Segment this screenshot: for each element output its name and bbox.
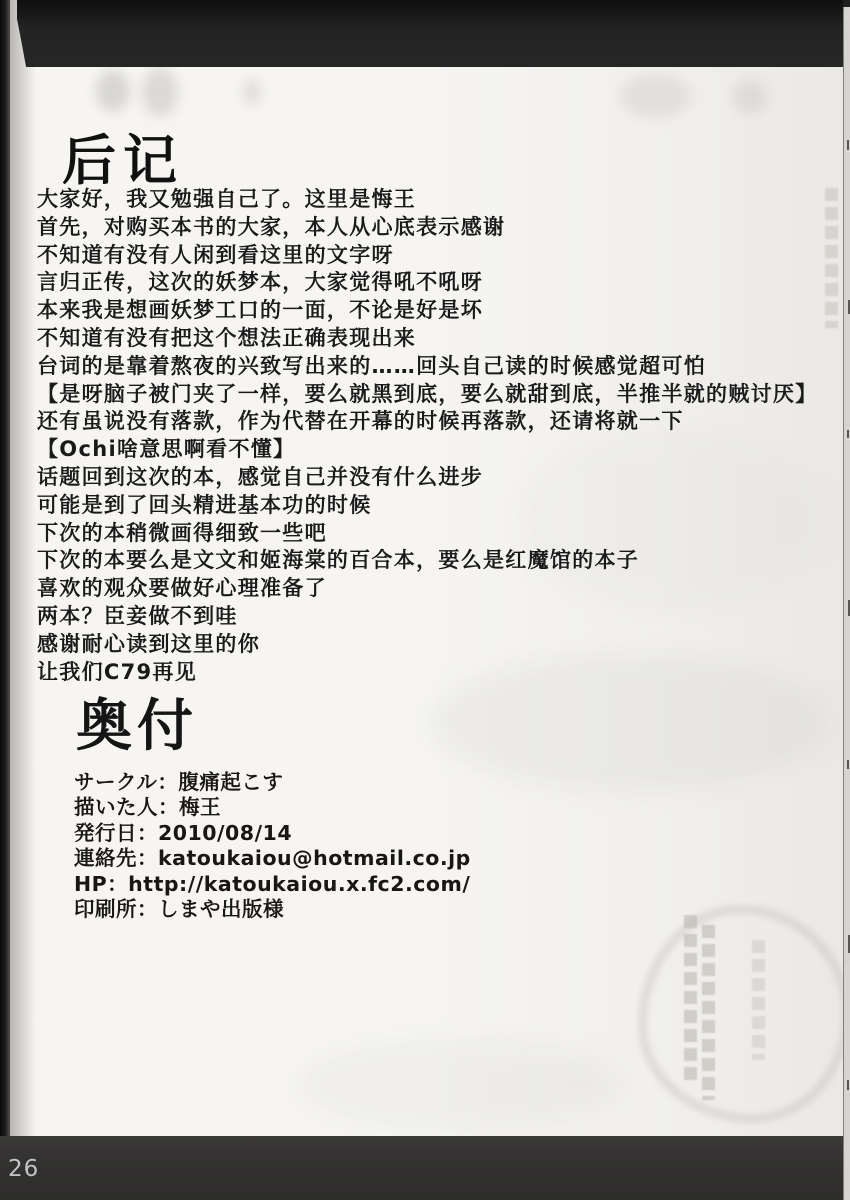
colophon-entry-printer: 印刷所：しまや出版様 <box>74 897 471 922</box>
afterword-line: 台词的是靠着熬夜的兴致写出来的……回头自己读的时候感觉超可怕 <box>37 353 837 381</box>
afterword-line: 本来我是想画妖梦工口的一面，不论是好是坏 <box>37 297 837 325</box>
afterword-line: 喜欢的观众要做好心理准备了 <box>37 575 837 603</box>
colophon-title: 奥付 <box>76 682 198 762</box>
colophon-entry-publish-date: 発行日：2010/08/14 <box>74 821 471 846</box>
scanned-page: 后记 大家好，我又勉强自己了。这里是悔王 首先，对购买本书的大家，本人从心底表示… <box>0 0 850 1200</box>
bleedthrough-artifact <box>620 74 690 118</box>
bleedthrough-artifact <box>300 1040 620 1130</box>
scan-speck <box>847 140 849 150</box>
bleedthrough-artifact <box>96 70 130 112</box>
page-edge-notch <box>843 0 850 7</box>
bleedthrough-text-column <box>752 940 765 1060</box>
colophon-entry-artist: 描いた人：梅王 <box>74 795 471 820</box>
gutter-shadow <box>10 0 36 1200</box>
afterword-line: 【Ochi啥意思啊看不懂】 <box>37 436 837 464</box>
scan-speck <box>847 1080 849 1090</box>
afterword-line: 【是呀脑子被门夹了一样，要么就黑到底，要么就甜到底，半推半就的贼讨厌】 <box>37 381 837 409</box>
afterword-line: 话题回到这次的本，感觉自己并没有什么进步 <box>37 464 837 492</box>
afterword-line: 下次的本要么是文文和姬海棠的百合本，要么是红魔馆的本子 <box>37 547 837 575</box>
afterword-line: 不知道有没有人闲到看这里的文字呀 <box>37 242 837 270</box>
afterword-title: 后记 <box>62 118 184 195</box>
afterword-line: 可能是到了回头精进基本功的时候 <box>37 492 837 520</box>
afterword-line: 不知道有没有把这个想法正确表现出来 <box>37 325 837 353</box>
bleedthrough-artifact <box>243 80 261 104</box>
page-edge-strip <box>843 0 850 1200</box>
afterword-body: 大家好，我又勉强自己了。这里是悔王 首先，对购买本书的大家，本人从心底表示感谢 … <box>37 186 837 686</box>
afterword-line: 首先，对购买本书的大家，本人从心底表示感谢 <box>37 214 837 242</box>
book-spine-shadow <box>0 0 10 1200</box>
scan-speck <box>847 430 849 438</box>
afterword-line: 还有虽说没有落款，作为代替在开幕的时候再落款，还请将就一下 <box>37 408 837 436</box>
afterword-line: 言归正传，这次的妖梦本，大家觉得吼不吼呀 <box>37 269 837 297</box>
bleedthrough-artifact <box>733 80 767 114</box>
bleedthrough-text-column <box>702 925 715 1100</box>
afterword-line: 感谢耐心读到这里的你 <box>37 631 837 659</box>
top-scan-bar <box>17 0 843 67</box>
colophon-credits: サークル：腹痛起こす 描いた人：梅王 発行日：2010/08/14 連絡先：ka… <box>74 770 471 922</box>
bleedthrough-speech-bubble <box>638 905 850 1123</box>
colophon-entry-homepage-url: HP：http://katoukaiou.x.fc2.com/ <box>74 872 471 897</box>
colophon-entry-contact-email: 連絡先：katoukaiou@hotmail.co.jp <box>74 846 471 871</box>
scan-speck <box>847 760 849 769</box>
colophon-entry-circle: サークル：腹痛起こす <box>74 770 471 795</box>
afterword-line: 下次的本稍微画得细致一些吧 <box>37 520 837 548</box>
page-number: 26 <box>8 1156 39 1182</box>
bleedthrough-text-column <box>684 915 697 1085</box>
bottom-scan-bar: 26 <box>0 1136 843 1200</box>
afterword-line: 大家好，我又勉强自己了。这里是悔王 <box>37 186 837 214</box>
bleedthrough-artifact <box>142 68 178 116</box>
afterword-line: 两本？臣妾做不到哇 <box>37 603 837 631</box>
